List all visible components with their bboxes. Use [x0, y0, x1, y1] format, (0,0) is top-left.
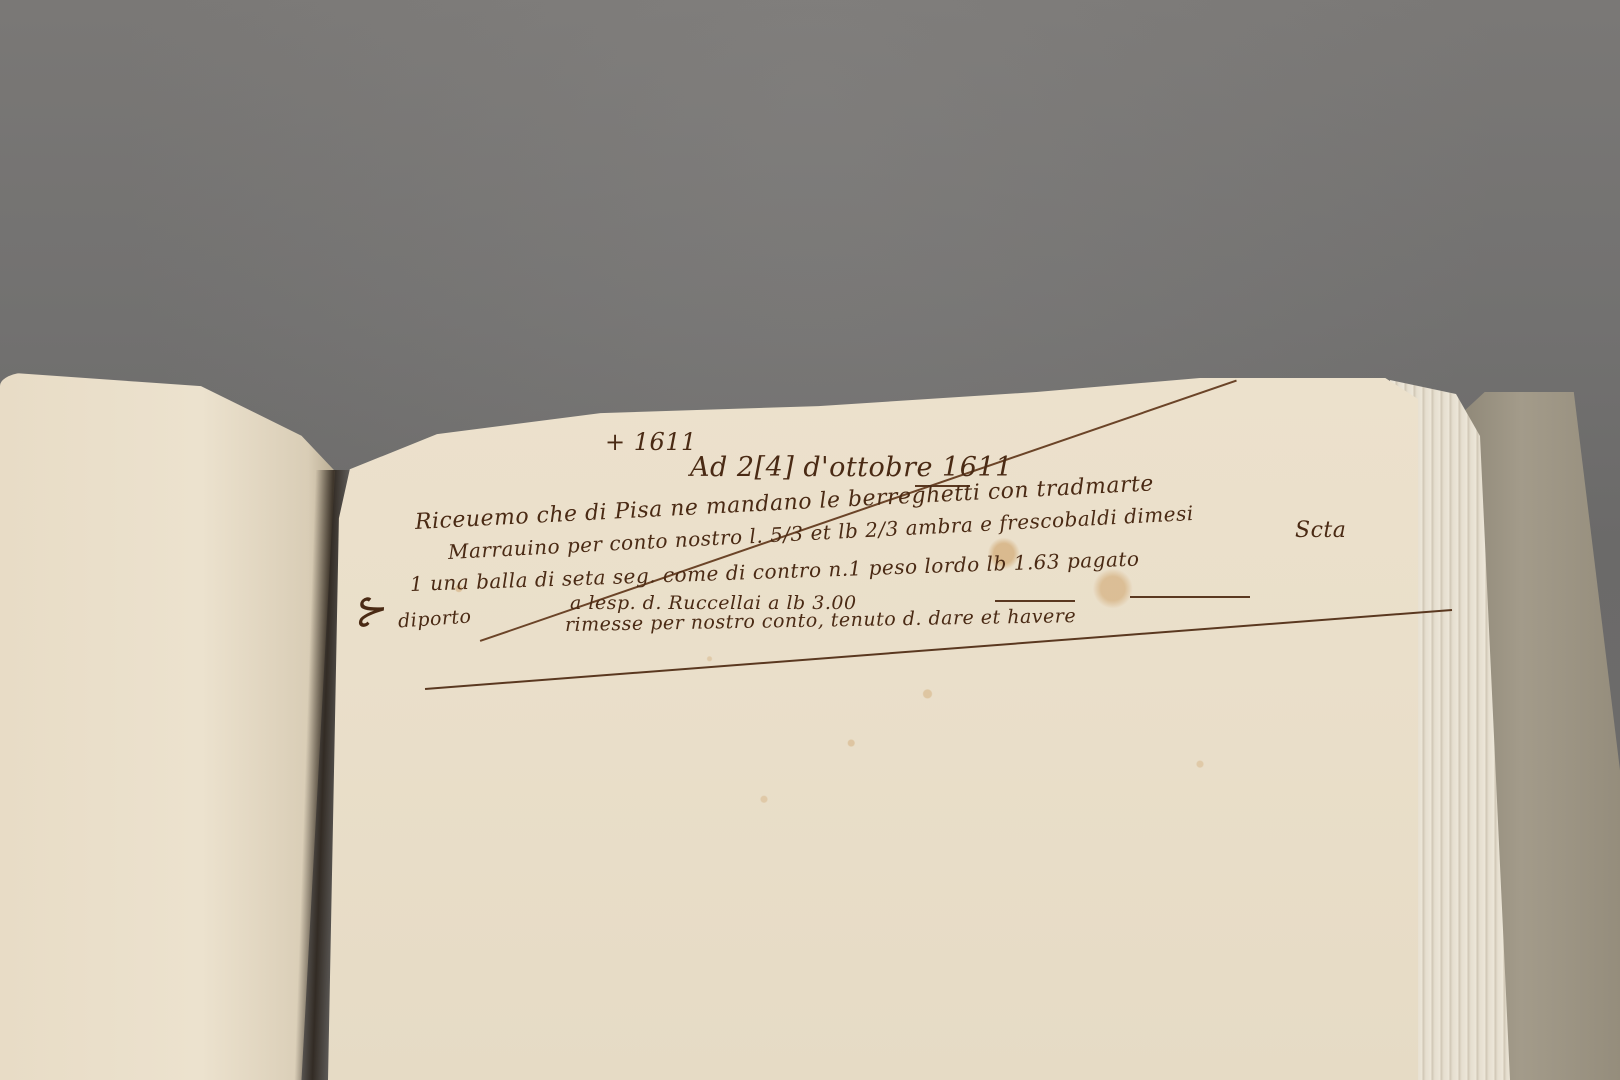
ledger-photo: + 1611 Ad 2[4] d'ottobre 1611 Riceuemo c… [0, 0, 1620, 1080]
left-page [0, 372, 335, 1080]
margin-note-right: Scta [1295, 518, 1346, 543]
amount-rule-2 [1130, 596, 1250, 598]
year-marker: + 1611 [605, 428, 697, 456]
foxing-stains [328, 378, 1418, 1080]
amount-rule-1 [995, 600, 1075, 602]
right-page [328, 378, 1418, 1080]
date-heading: Ad 2[4] d'ottobre 1611 [690, 452, 1013, 483]
